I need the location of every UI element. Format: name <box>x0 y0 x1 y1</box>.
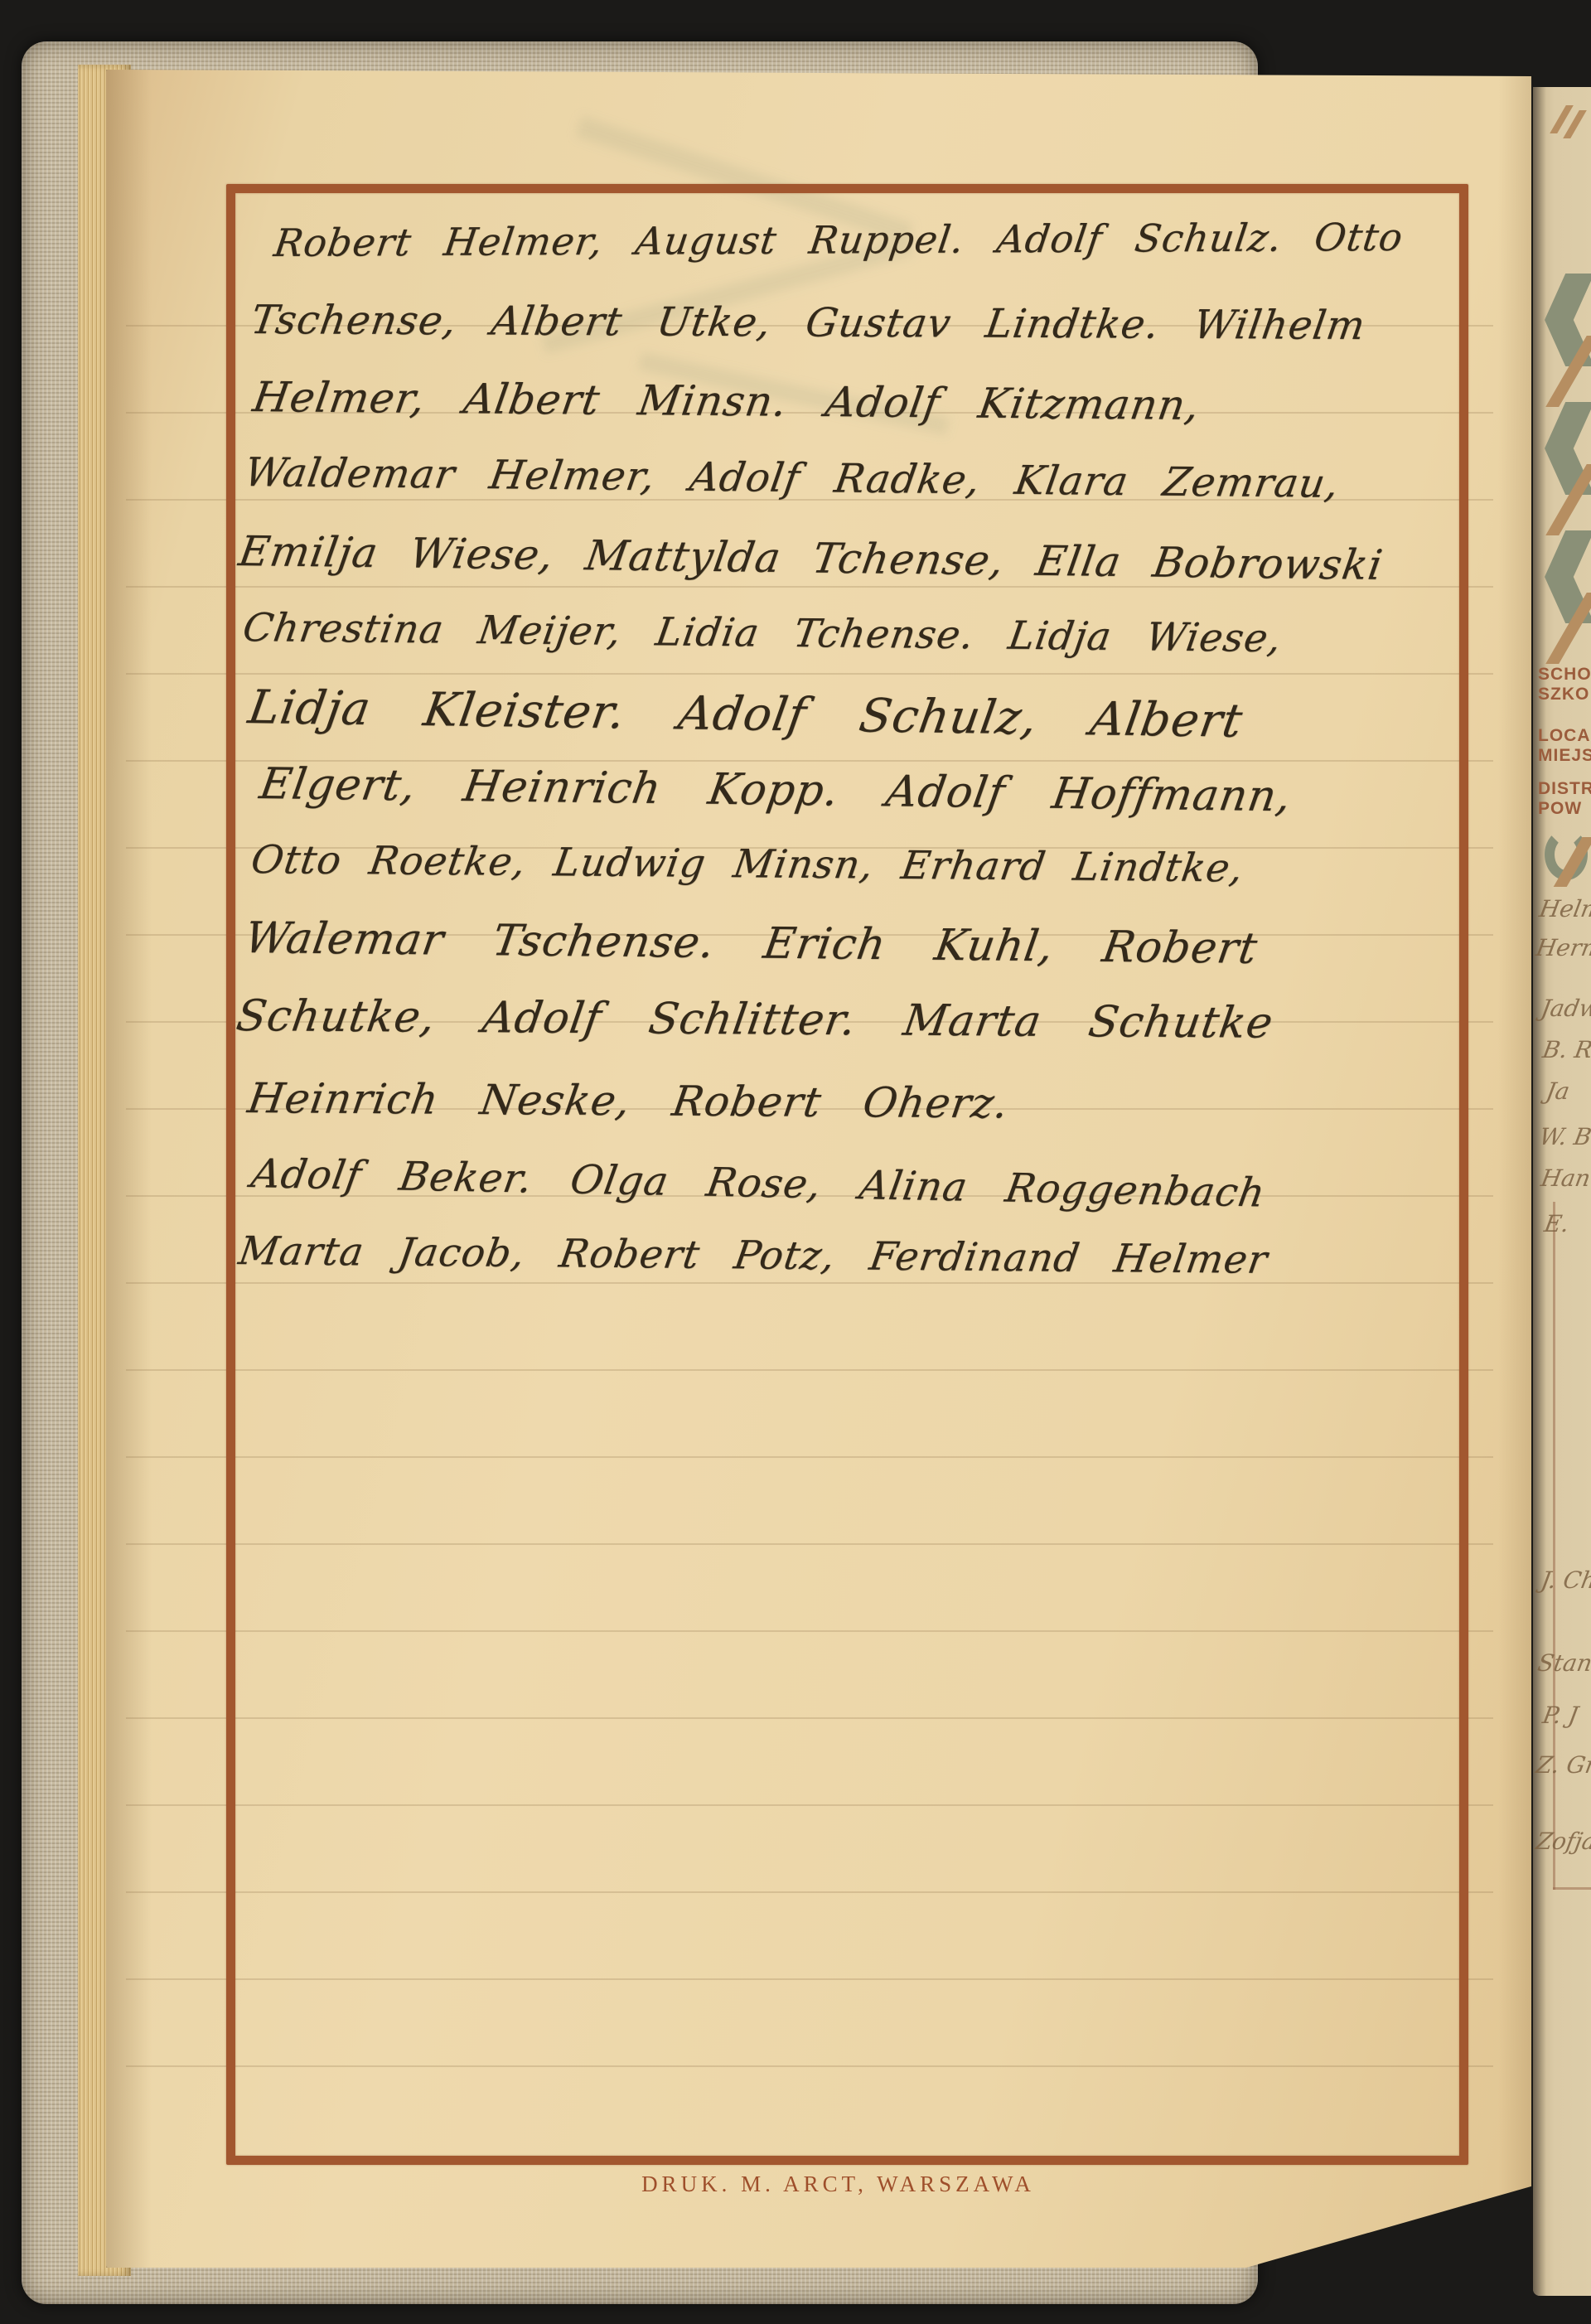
handwriting-fragment: P. J <box>1540 1702 1580 1729</box>
printed-fragment: SCHO <box>1538 666 1591 684</box>
handwritten-line: Chrestina Meijer, Lidia Tchense. Lidja W… <box>240 608 1284 658</box>
printed-fragment: SZKO <box>1538 685 1589 704</box>
handwritten-line: Schutke, Adolf Schlitter. Marta Schutke <box>234 995 1276 1045</box>
handwritten-line: Elgert, Heinrich Kopp. Adolf Hoffmann, <box>257 763 1294 818</box>
printed-fragment: MIEJS <box>1538 747 1591 765</box>
handwritten-line: Waldemar Helmer, Adolf Radke, Klara Zemr… <box>242 453 1342 504</box>
handwritten-line: Lidja Kleister. Adolf Schulz, Albert <box>245 685 1245 745</box>
handwriting-fragment: Stani <box>1535 1649 1591 1677</box>
handwritten-line: Walemar Tschense. Erich Kuhl, Robert <box>242 917 1260 971</box>
adjacent-frame-line <box>1553 1202 1555 1890</box>
printed-fragment: LOCA <box>1538 727 1591 745</box>
adjacent-frame-corner <box>1553 1887 1591 1890</box>
handwriting-fragment: Z. Grab <box>1534 1751 1591 1779</box>
handwritten-line: Helmer, Albert Minsn. Adolf Kitzmann, <box>250 376 1202 426</box>
handwritten-line: Otto Roetke, Ludwig Minsn, Erhard Lindtk… <box>249 840 1246 888</box>
handwriting-fragment: B. R <box>1540 1036 1591 1063</box>
register-page: Robert Helmer, August Ruppel. Adolf Schu… <box>106 70 1531 2268</box>
printed-fragment: DISTR <box>1538 780 1591 798</box>
handwriting-fragment: Herm <box>1534 934 1591 961</box>
printer-imprint: DRUK. M. ARCT, WARSZAWA <box>226 2171 1450 2197</box>
printed-fragment: POW <box>1538 800 1582 818</box>
handwritten-line: Heinrich Neske, Robert Oherz. <box>245 1077 1012 1124</box>
handwriting-fragment: Han <box>1539 1164 1591 1192</box>
book-scan-photo: Robert Helmer, August Ruppel. Adolf Schu… <box>0 0 1591 2324</box>
handwriting-fragment: E. <box>1542 1210 1571 1237</box>
handwriting-fragment: J. Ch <box>1539 1566 1591 1594</box>
handwriting-fragment: W. B <box>1537 1123 1591 1150</box>
handwriting-fragment: Ja <box>1544 1077 1572 1105</box>
handwritten-line: Robert Helmer, August Ruppel. Adolf Schu… <box>272 218 1405 262</box>
handwriting-fragment: Helm <box>1537 895 1591 922</box>
handwritten-line: Tschense, Albert Utke, Gustav Lindtke. W… <box>249 300 1368 346</box>
adjacent-page-sliver: SCHO SZKO LOCA MIEJS DISTR POW Helm Herm… <box>1533 87 1591 2296</box>
handwriting-fragment: Jadw <box>1539 995 1591 1022</box>
handwriting-fragment: Zofja W <box>1534 1828 1591 1855</box>
handwritten-line: Marta Jacob, Robert Potz, Ferdinand Helm… <box>236 1232 1270 1280</box>
